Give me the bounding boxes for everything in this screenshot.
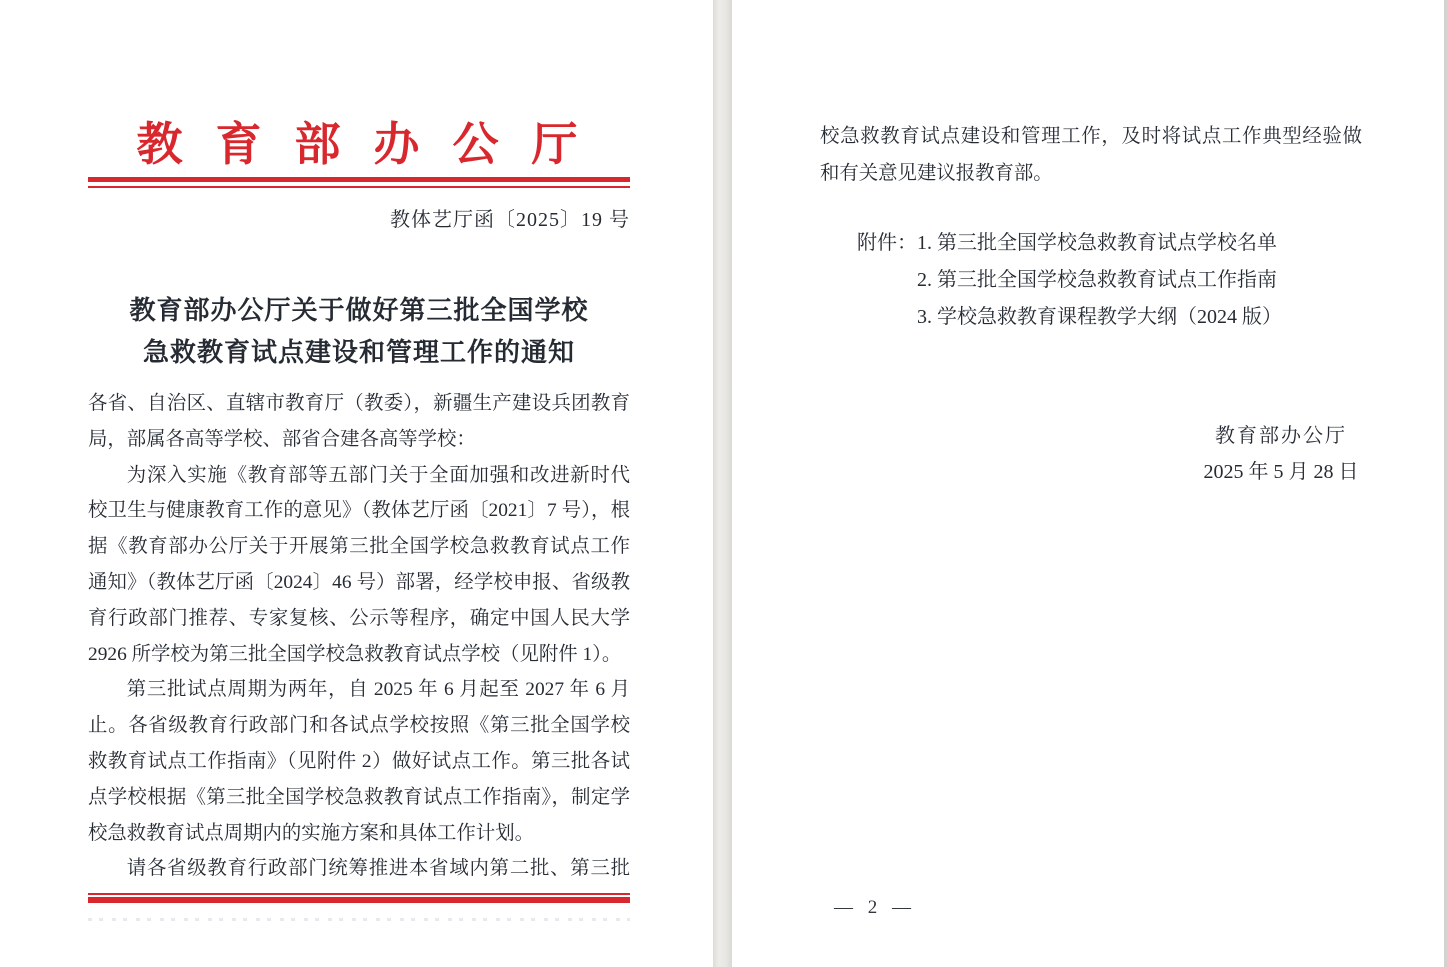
body-line: 和有关意见建议报教育部。: [820, 155, 1362, 192]
body-line: 校急救教育试点周期内的实施方案和具体工作计划。: [88, 816, 630, 852]
document-number: 教体艺厅函〔2025〕19 号: [88, 203, 630, 232]
red-rule-thick-bottom: [88, 897, 630, 903]
attachment-item-text: 3. 学校急救教育课程教学大纲（2024 版）: [857, 299, 1282, 336]
body-line: 救教育试点工作指南》（见附件 2）做好试点工作。第三批各试: [88, 744, 630, 780]
body-line: 第三批试点周期为两年，自 2025 年 6 月起至 2027 年 6 月: [88, 672, 630, 708]
attachment-item-text: 2. 第三批全国学校急救教育试点工作指南: [857, 262, 1277, 299]
page-number: — 2 —: [834, 897, 916, 919]
body-line: 请各省级教育行政部门统筹推进本省域内第二批、第三批学: [88, 851, 630, 887]
document-page-1: 教育部办公厅 教体艺厅函〔2025〕19 号 教育部办公厅关于做好第三批全国学校…: [0, 0, 713, 967]
document-title-line-2: 急救教育试点建设和管理工作的通知: [88, 332, 630, 369]
attachments-label: 附件：: [857, 232, 917, 254]
red-rule-thin-bottom: [88, 893, 630, 895]
document-viewer: 教育部办公厅 教体艺厅函〔2025〕19 号 教育部办公厅关于做好第三批全国学校…: [0, 0, 1447, 967]
page1-body: 各省、自治区、直辖市教育厅（教委），新疆生产建设兵团教育 局，部属各高等学校、部…: [88, 386, 630, 887]
attachment-item: 附件：1. 第三批全国学校急救教育试点学校名单: [857, 225, 1282, 262]
issuer-name: 教育部办公厅: [1136, 418, 1426, 454]
body-line: 止。各省级教育行政部门和各试点学校按照《第三批全国学校急: [88, 708, 630, 744]
red-rule-thin-top: [88, 186, 630, 188]
body-line: 校卫生与健康教育工作的意见》（教体艺厅函〔2021〕7 号），根: [88, 493, 630, 529]
document-title-line-1: 教育部办公厅关于做好第三批全国学校: [88, 290, 630, 327]
attachment-item: 3. 学校急救教育课程教学大纲（2024 版）: [857, 299, 1282, 336]
letterhead-title: 教育部办公厅: [86, 108, 628, 174]
scan-artifact-dashes: [88, 918, 630, 921]
body-line: 育行政部门推荐、专家复核、公示等程序，确定中国人民大学等: [88, 601, 630, 637]
body-line: 通知》（教体艺厅函〔2024〕46 号）部署，经学校申报、省级教: [88, 565, 630, 601]
body-line: 据《教育部办公厅关于开展第三批全国学校急救教育试点工作的: [88, 529, 630, 565]
page-gap: [713, 0, 732, 967]
body-line: 局，部属各高等学校、部省合建各高等学校：: [88, 422, 630, 458]
issue-date: 2025 年 5 月 28 日: [1136, 454, 1426, 490]
body-line: 点学校根据《第三批全国学校急救教育试点工作指南》，制定学: [88, 780, 630, 816]
attachment-item: 2. 第三批全国学校急救教育试点工作指南: [857, 262, 1282, 299]
body-line: 2926 所学校为第三批全国学校急救教育试点学校（见附件 1）。: [88, 637, 630, 673]
page2-body: 校急救教育试点建设和管理工作，及时将试点工作典型经验做法 和有关意见建议报教育部…: [820, 118, 1362, 192]
document-page-2: 校急救教育试点建设和管理工作，及时将试点工作典型经验做法 和有关意见建议报教育部…: [732, 0, 1447, 967]
body-line: 各省、自治区、直辖市教育厅（教委），新疆生产建设兵团教育: [88, 386, 630, 422]
body-line: 为深入实施《教育部等五部门关于全面加强和改进新时代学: [88, 458, 630, 494]
red-rule-thick-top: [88, 177, 630, 182]
attachments-list: 附件：1. 第三批全国学校急救教育试点学校名单 2. 第三批全国学校急救教育试点…: [857, 225, 1282, 336]
attachment-item-text: 1. 第三批全国学校急救教育试点学校名单: [917, 232, 1277, 254]
signature-block: 教育部办公厅 2025 年 5 月 28 日: [1136, 418, 1426, 490]
body-line: 校急救教育试点建设和管理工作，及时将试点工作典型经验做法: [820, 118, 1362, 155]
